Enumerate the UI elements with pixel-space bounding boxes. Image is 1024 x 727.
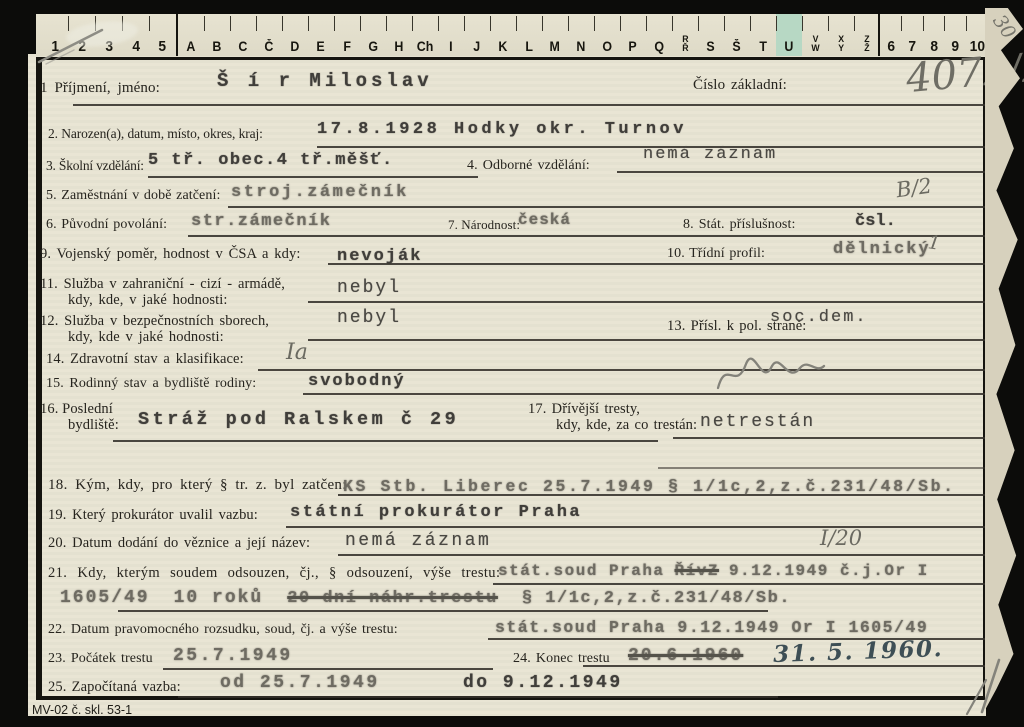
tab-label: Č [265, 40, 274, 53]
field-5-value: stroj.zámečník [231, 183, 409, 202]
tab-a: A [178, 14, 204, 56]
field-25-value-to: do 9.12.1949 [463, 673, 623, 693]
tab-j: J [464, 14, 490, 56]
field-5-label: 5. Zaměstnání v době zatčení: [46, 188, 220, 204]
field-3-label: 3. Školní vzdělání: [46, 158, 144, 174]
tab-10: 10 [966, 14, 988, 56]
field-21-line2-c: § 1/1c,2,z.č.231/48/Sb. [522, 589, 791, 608]
field-7-label: 7. Národnost: [448, 217, 520, 233]
field-13-value: soc.dem. [770, 308, 868, 327]
tab-label: I [449, 40, 452, 53]
tab-label: O [602, 40, 612, 53]
tab-label: 5 [159, 40, 167, 53]
rule-line [286, 526, 985, 528]
field-2-value: 17.8.1928 Hodky okr. Turnov [317, 120, 687, 139]
rule-line [493, 583, 985, 585]
field-21-label: 21. Kdy, kterým soudem odsouzen, čj., § … [48, 565, 500, 582]
rule-line [328, 263, 985, 265]
tab-š: Š [724, 14, 750, 56]
tab-label: R Ř [682, 36, 688, 53]
tab-label: M [550, 40, 560, 53]
field-15-value: svobodný [308, 372, 406, 391]
field-23-value: 25.7.1949 [173, 646, 293, 666]
tab-u: U [776, 14, 802, 56]
field-18-value: KS Stb. Liberec 25.7.1949 § 1/1c,2,z.č.2… [343, 477, 956, 496]
tab-i: I [438, 14, 464, 56]
tab-label: T [759, 40, 767, 53]
field-22-label: 22. Datum pravomocného rozsudku, soud, č… [48, 622, 398, 638]
field-10-label: 10. Třídní profil: [667, 246, 765, 262]
tab-7: 7 [902, 14, 924, 56]
tab-z-ž: Z Ž [854, 14, 880, 56]
tab-k: K [490, 14, 516, 56]
annotation-i20: I/20 [820, 526, 862, 550]
tab-n: N [568, 14, 594, 56]
rule-line [617, 171, 985, 173]
rule-line [658, 467, 985, 469]
tab-9: 9 [945, 14, 967, 56]
tab-label: 4 [132, 40, 140, 53]
tab-label: S [707, 40, 715, 53]
tab-label: G [368, 40, 378, 53]
field-17-value: netrestán [700, 412, 815, 432]
tab-index-strip: 12345 ABCČDEFGHChIJKLMNOPQR ŘSŠTUV WX YZ… [36, 14, 988, 56]
tab-8: 8 [923, 14, 945, 56]
tab-o: O [594, 14, 620, 56]
field-21-line2-b: 10 roků [174, 588, 264, 608]
field-6-value: str.zámečník [191, 212, 331, 231]
rule-line [308, 339, 985, 341]
tab-d: D [282, 14, 308, 56]
field-16-label-line2: bydliště: [68, 417, 119, 434]
field-6-label: 6. Původní povolání: [46, 217, 167, 233]
torn-paper-edge [985, 8, 1023, 710]
tab-label: H [395, 40, 404, 53]
tab-label: 9 [952, 40, 960, 53]
tab-g: G [360, 14, 386, 56]
field-12-label-line1: 12. Služba v bezpečnostních sborech, [40, 313, 269, 330]
field-14-label: 14. Zdravotní stav a klasifikace: [46, 351, 244, 368]
field-10-value: dělnický [833, 240, 931, 259]
tab-r-ř: R Ř [672, 14, 698, 56]
rule-line [338, 554, 985, 556]
tab-m: M [542, 14, 568, 56]
tab-b: B [204, 14, 230, 56]
field-25-value-from: od 25.7.1949 [220, 673, 380, 693]
form-code: MV-02 č. skl. 53-1 [32, 703, 132, 717]
field-3-value: 5 tř. obec.4 tř.měšť. [148, 151, 394, 170]
tab-f: F [334, 14, 360, 56]
tab-label: V W [811, 36, 819, 53]
tab-ch: Ch [412, 14, 438, 56]
rule-line [583, 665, 985, 667]
tab-label: L [525, 40, 533, 53]
field-20-label: 20. Datum dodání do věznice a její název… [48, 535, 310, 552]
tab-label: 6 [887, 40, 895, 53]
field-24-value-struck: 20.6.1960 [628, 646, 743, 666]
tab-5: 5 [149, 14, 176, 56]
rule-line [303, 393, 985, 395]
tab-label: B [213, 40, 222, 53]
tab-label: C [239, 40, 248, 53]
tab-c: C [230, 14, 256, 56]
field-23-label: 23. Počátek trestu [48, 651, 153, 667]
field-14-handwritten: Ia [286, 340, 308, 365]
tab-label: Q [654, 40, 664, 53]
field-2-label: 2. Narozen(a), datum, místo, okres, kraj… [48, 126, 263, 142]
rule-line [73, 104, 985, 106]
pencil-corner-mark [952, 650, 1016, 720]
field-20-value: nemá záznam [345, 531, 491, 551]
field-22-value: stát.soud Praha 9.12.1949 Or I 1605/49 [495, 618, 928, 637]
field-16-label-line1: 16. Poslední [40, 401, 113, 418]
tab-label: 8 [930, 40, 938, 53]
registration-card: 1 Příjmení, jméno: Š í r Miloslav Číslo … [28, 54, 986, 716]
tab-e: E [308, 14, 334, 56]
tab-label: J [474, 40, 481, 53]
field-4-value: nemá záznam [643, 145, 777, 164]
rule-line [258, 369, 985, 371]
rule-line [308, 301, 985, 303]
tab-label: N [577, 40, 586, 53]
pencil-scribble-signature [712, 348, 832, 398]
tab-label: 7 [909, 40, 917, 53]
tab-group-numbers-right: 678910 [878, 14, 988, 56]
field-8-value: čsl. [855, 212, 896, 231]
tab-label: A [187, 40, 196, 53]
tab-label: X Y [838, 36, 844, 53]
field-25-label: 25. Započítaná vazba: [48, 679, 181, 696]
rule-line [188, 235, 985, 237]
field-21-line2-a: 1605/49 [60, 588, 150, 608]
tab-l: L [516, 14, 542, 56]
field-9-label: 9. Vojenský poměr, hodnost v ČSA a kdy: [40, 246, 300, 263]
tab-label: Ch [417, 40, 434, 53]
tab-s: S [698, 14, 724, 56]
field-21-value-post: 9.12.1949 č.j.Or I [729, 562, 929, 580]
tab-label: D [291, 40, 300, 53]
tab-h: H [386, 14, 412, 56]
field-19-value: státní prokurátor Praha [290, 503, 582, 522]
annotation-b2: B/2 [895, 174, 934, 203]
field-1-value: Š í r Miloslav [217, 70, 433, 92]
field-21-value-pre: stát.soud Praha [498, 562, 665, 580]
field-21-line2-struck: 20 dní náhr.trestu [287, 589, 498, 608]
rule-line [118, 610, 768, 612]
field-11-label-line1: 11. Služba v zahraniční - cizí - armádě, [40, 276, 285, 293]
field-4-label: 4. Odborné vzdělání: [467, 158, 590, 174]
rule-line [113, 440, 658, 442]
tab-q: Q [646, 14, 672, 56]
tab-t: T [750, 14, 776, 56]
rule-line [148, 176, 478, 178]
field-11-label-line2: kdy, kde, v jaké hodnosti: [68, 292, 227, 309]
tab-v-w: V W [802, 14, 828, 56]
tab-č: Č [256, 14, 282, 56]
rule-line [178, 696, 778, 698]
field-7-value: česká [518, 211, 571, 229]
field-8-label: 8. Stát. příslušnost: [683, 217, 795, 233]
field-12-label-line2: kdy, kde v jaké hodnosti: [68, 329, 224, 346]
field-16-value: Stráž pod Ralskem č 29 [138, 409, 459, 430]
tab-label: Š [733, 40, 741, 53]
tab-6: 6 [880, 14, 902, 56]
field-17-label-line2: kdy, kde, za co trestán: [556, 417, 697, 434]
tab-label: E [317, 40, 325, 53]
field-12-value: nebyl [337, 308, 401, 328]
tab-label: K [499, 40, 508, 53]
tab-label: F [343, 40, 351, 53]
scanned-document: 12345 ABCČDEFGHChIJKLMNOPQR ŘSŠTUV WX YZ… [0, 0, 1024, 727]
rule-line [228, 206, 985, 208]
pencil-slash-mark [34, 24, 109, 66]
field-1-label: 1 Příjmení, jméno: [40, 80, 160, 97]
tab-x-y: X Y [828, 14, 854, 56]
tab-label: Z Ž [864, 36, 869, 53]
field-18-label: 18. Kým, kdy, pro který § tr. z. byl zat… [48, 477, 347, 494]
tab-label: 10 [969, 40, 984, 53]
tab-label: P [629, 40, 637, 53]
cislo-zakladni-label: Číslo základní: [693, 77, 787, 94]
field-21-value-struck: ŘívZ [675, 562, 719, 580]
field-19-label: 19. Který prokurátor uvalil vazbu: [48, 507, 258, 524]
rule-line [673, 437, 985, 439]
field-15-label: 15. Rodinný stav a bydliště rodiny: [46, 376, 256, 392]
field-17-label-line1: 17. Dřívější tresty, [528, 401, 640, 418]
tab-group-letters: ABCČDEFGHChIJKLMNOPQR ŘSŠTUV WX YZ Ž [176, 14, 880, 56]
rule-line [163, 668, 493, 670]
field-11-value: nebyl [337, 278, 401, 298]
tab-label: U [785, 40, 794, 53]
tab-p: P [620, 14, 646, 56]
